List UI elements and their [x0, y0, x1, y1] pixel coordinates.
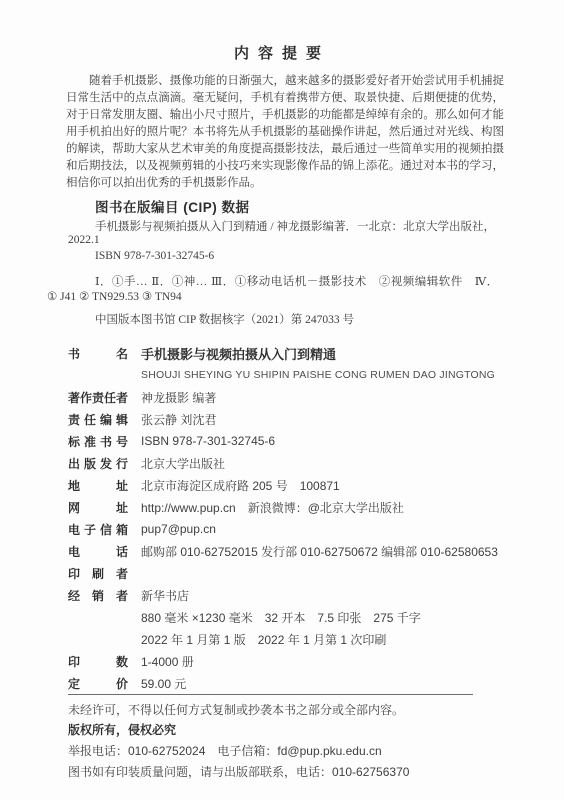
row-value: 北京大学出版社 — [141, 455, 225, 472]
row-label: 出版发行 — [68, 455, 128, 472]
cip-isbn-line: ISBN 978-7-301-32745-6 — [95, 250, 214, 262]
row-label: 定价 — [68, 675, 128, 692]
colophon-row-book-pinyin: SHOUJI SHEYING YU SHIPIN PAISHE CONG RUM… — [68, 364, 538, 386]
row-label: 经销者 — [68, 587, 128, 604]
copyright-page: 内容提要 随着手机摄影、摄像功能的日渐强大，越来越多的摄影爱好者开始尝试用手机捕… — [0, 0, 564, 800]
row-label: 著作责任者 — [68, 389, 128, 406]
colophon-row-email: 电子信箱 pup7@pup.cn — [68, 518, 538, 540]
row-label: 电子信箱 — [68, 521, 128, 538]
colophon-row-printer: 印刷者 — [68, 562, 538, 584]
row-label: 责任编辑 — [68, 411, 128, 428]
colophon-row-address: 地址 北京市海淀区成府路 205 号 100871 — [68, 474, 538, 496]
cip-entry-line-2: 2022.1 — [68, 234, 100, 246]
row-value: 880 毫米 ×1230 毫米 32 开本 7.5 印张 275 千字 — [141, 609, 421, 626]
colophon-row-author: 著作责任者 神龙摄影 编著 — [68, 386, 538, 408]
row-value: 神龙摄影 编著 — [141, 389, 216, 406]
cip-entry-line-1: 手机摄影与视频拍摄从入门到精通 / 神龙摄影编著．一北京：北京大学出版社， — [95, 218, 495, 234]
quality-contact-line: 图书如有印装质量问题，请与出版部联系，电话：010-62756370 — [68, 763, 409, 780]
content-summary-paragraph: 随着手机摄影、摄像功能的日渐强大，越来越多的摄影爱好者开始尝试用手机捕捉日常生活… — [66, 73, 504, 192]
report-contact-line: 举报电话：010-62752024 电子信箱：fd@pup.pku.edu.cn — [68, 742, 382, 759]
row-value: ISBN 978-7-301-32745-6 — [141, 434, 275, 448]
colophon-row-edition: 2022 年 1 月第 1 版 2022 年 1 月第 1 次印刷 — [68, 628, 538, 650]
row-value: 新华书店 — [141, 587, 189, 604]
row-value: 1-4000 册 — [141, 653, 194, 670]
colophon-row-format: 880 毫米 ×1230 毫米 32 开本 7.5 印张 275 千字 — [68, 606, 538, 628]
colophon-row-distributor: 经销者 新华书店 — [68, 584, 538, 606]
row-label: 印数 — [68, 653, 128, 670]
horizontal-rule — [68, 694, 473, 695]
cip-classification-line-2: ① J41 ② TN929.53 ③ TN94 — [47, 289, 182, 303]
row-value: http://www.pup.cn 新浪微博：@北京大学出版社 — [141, 499, 404, 516]
row-label: 网址 — [68, 499, 128, 516]
no-copy-notice: 未经许可，不得以任何方式复制或抄袭本书之部分或全部内容。 — [68, 701, 404, 718]
book-title-pinyin: SHOUJI SHEYING YU SHIPIN PAISHE CONG RUM… — [141, 369, 495, 381]
colophon-row-phone: 电话 邮购部 010-62752015 发行部 010-62750672 编辑部… — [68, 540, 538, 562]
row-value: 北京市海淀区成府路 205 号 100871 — [141, 477, 340, 494]
colophon-row-book-title: 书名 手机摄影与视频拍摄从入门到精通 — [68, 342, 538, 364]
row-label: 印刷者 — [68, 565, 128, 582]
colophon-table: 书名 手机摄影与视频拍摄从入门到精通 SHOUJI SHEYING YU SHI… — [68, 342, 538, 694]
colophon-row-website: 网址 http://www.pup.cn 新浪微博：@北京大学出版社 — [68, 496, 538, 518]
cip-classification-line-1: Ⅰ．①手… Ⅱ．①神… Ⅲ．①移动电话机－摄影技术 ②视频编辑软件 Ⅳ． — [95, 273, 499, 289]
row-label: 电话 — [68, 543, 128, 560]
copyright-reserved-notice: 版权所有，侵权必究 — [68, 721, 176, 738]
cip-heading: 图书在版编目 (CIP) 数据 — [95, 196, 250, 216]
row-value: 张云静 刘沈君 — [141, 411, 216, 428]
colophon-row-print-run: 印数 1-4000 册 — [68, 650, 538, 672]
colophon-row-price: 定价 59.00 元 — [68, 672, 538, 694]
colophon-row-isbn: 标准书号 ISBN 978-7-301-32745-6 — [68, 430, 538, 452]
cip-record-number: 中国版本图书馆 CIP 数据核字（2021）第 247033 号 — [95, 311, 354, 327]
book-title: 手机摄影与视频拍摄从入门到精通 — [141, 344, 336, 363]
row-value: 2022 年 1 月第 1 版 2022 年 1 月第 1 次印刷 — [141, 631, 386, 648]
colophon-row-editor: 责任编辑 张云静 刘沈君 — [68, 408, 538, 430]
row-value: 邮购部 010-62752015 发行部 010-62750672 编辑部 01… — [141, 543, 498, 560]
row-label: 标准书号 — [68, 433, 128, 450]
content-summary-heading: 内容提要 — [0, 42, 564, 63]
colophon-row-publisher: 出版发行 北京大学出版社 — [68, 452, 538, 474]
row-value: 59.00 元 — [141, 675, 186, 692]
row-label: 书名 — [68, 345, 128, 362]
row-label: 地址 — [68, 477, 128, 494]
row-value: pup7@pup.cn — [141, 522, 216, 536]
